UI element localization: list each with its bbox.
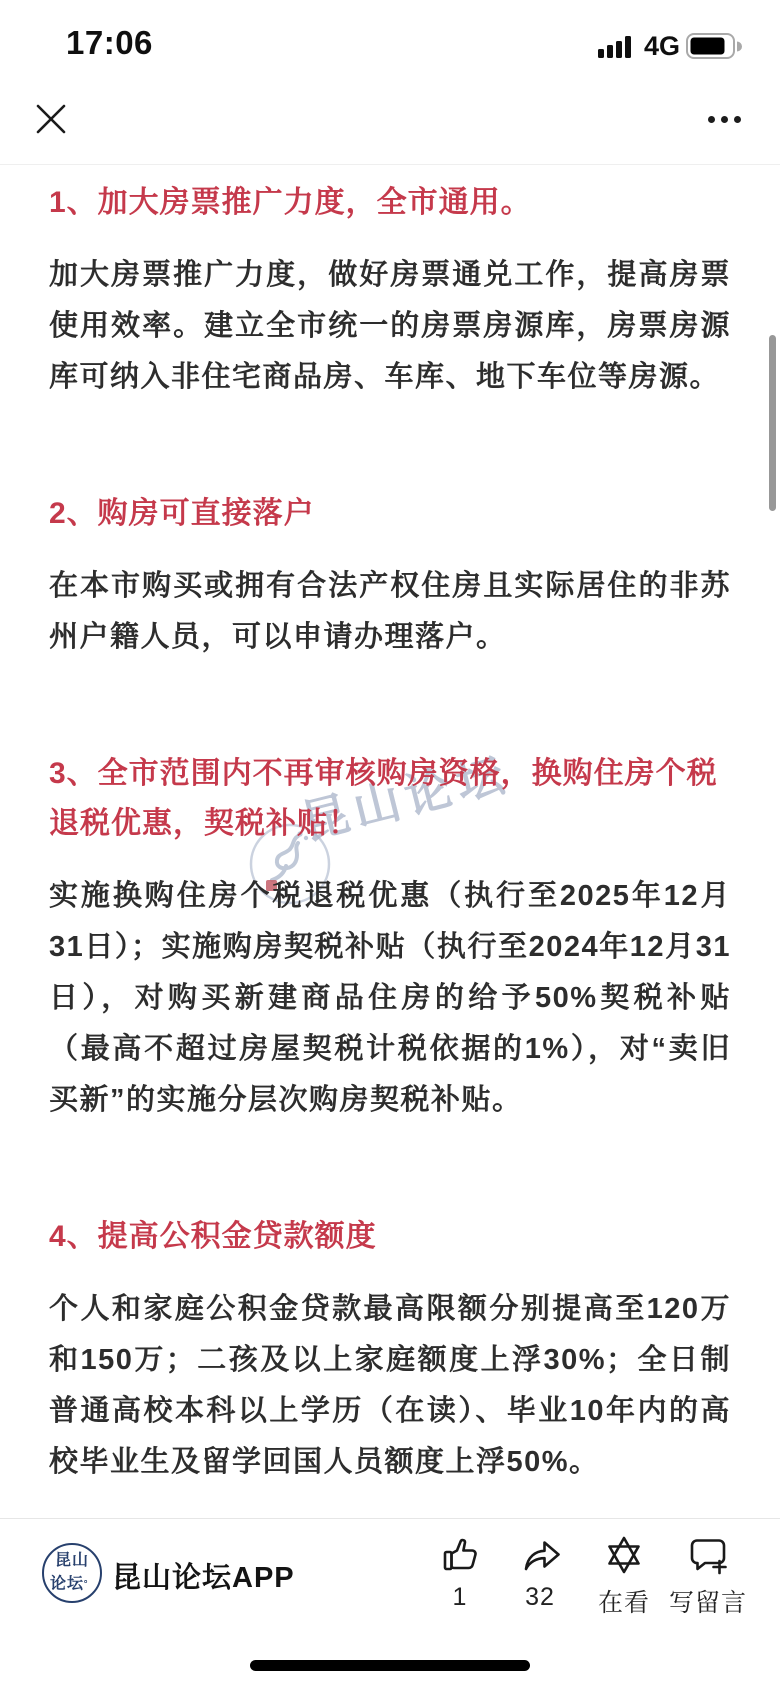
share-button[interactable]: 32 bbox=[495, 1533, 585, 1612]
ellipsis-dot bbox=[721, 116, 728, 123]
header-divider bbox=[0, 164, 780, 165]
network-type-label: 4G bbox=[644, 31, 680, 62]
article-section-3: 3、全市范围内不再审核购房资格，换购住房个税退税优惠，契税补贴！ 实施换购住房个… bbox=[49, 749, 731, 1126]
article-page: 17:06 4G bbox=[0, 0, 780, 1687]
wow-button[interactable]: 在看 bbox=[579, 1533, 669, 1619]
wow-star-icon bbox=[579, 1533, 669, 1577]
share-count: 32 bbox=[495, 1583, 585, 1612]
thumbs-up-icon bbox=[415, 1533, 505, 1577]
comment-plus-icon bbox=[663, 1533, 753, 1577]
kunshan-forum-logo[interactable]: 昆山 论坛。 bbox=[42, 1543, 102, 1603]
article-section-1: 1、加大房票推广力度，全市通用。 加大房票推广力度，做好房票通兑工作，提高房票使… bbox=[49, 178, 731, 403]
article-content: 1、加大房票推广力度，全市通用。 加大房票推广力度，做好房票通兑工作，提高房票使… bbox=[49, 166, 731, 1488]
logo-line1: 昆山 bbox=[55, 1552, 89, 1569]
ellipsis-dot bbox=[734, 116, 741, 123]
section-heading: 3、全市范围内不再审核购房资格，换购住房个税退税优惠，契税补贴！ bbox=[49, 749, 731, 849]
ellipsis-dot bbox=[708, 116, 715, 123]
close-button[interactable] bbox=[34, 102, 68, 136]
logo-line2: 论坛 bbox=[50, 1576, 84, 1593]
section-body: 在本市购买或拥有合法产权住房且实际居住的非苏州户籍人员，可以申请办理落户。 bbox=[49, 561, 731, 663]
scrollbar-thumb[interactable] bbox=[769, 335, 776, 511]
home-indicator[interactable] bbox=[250, 1660, 530, 1671]
like-count: 1 bbox=[415, 1583, 505, 1612]
app-name-link[interactable]: 昆山论坛APP bbox=[112, 1555, 295, 1596]
section-body: 个人和家庭公积金贷款最高限额分别提高至120万和150万；二孩及以上家庭额度上浮… bbox=[49, 1284, 731, 1488]
article-section-2: 2、购房可直接落户 在本市购买或拥有合法产权住房且实际居住的非苏州户籍人员，可以… bbox=[49, 489, 731, 663]
comment-button[interactable]: 写留言 bbox=[663, 1533, 753, 1619]
signal-bars-icon bbox=[598, 36, 635, 59]
logo-mark: 。 bbox=[84, 1574, 94, 1584]
article-section-4: 4、提高公积金贷款额度 个人和家庭公积金贷款最高限额分别提高至120万和150万… bbox=[49, 1212, 731, 1488]
section-heading: 4、提高公积金贷款额度 bbox=[49, 1212, 731, 1262]
comment-label: 写留言 bbox=[663, 1583, 753, 1619]
status-time: 17:06 bbox=[66, 24, 153, 62]
share-arrow-icon bbox=[495, 1533, 585, 1577]
like-button[interactable]: 1 bbox=[415, 1533, 505, 1612]
wow-label: 在看 bbox=[579, 1583, 669, 1619]
section-body: 加大房票推广力度，做好房票通兑工作，提高房票使用效率。建立全市统一的房票房源库，… bbox=[49, 250, 731, 403]
more-options-button[interactable] bbox=[708, 112, 752, 126]
section-heading: 2、购房可直接落户 bbox=[49, 489, 731, 539]
battery-icon bbox=[686, 33, 742, 60]
section-heading: 1、加大房票推广力度，全市通用。 bbox=[49, 178, 731, 228]
section-body: 实施换购住房个税退税优惠（执行至2025年12月31日）；实施购房契税补贴（执行… bbox=[49, 871, 731, 1126]
